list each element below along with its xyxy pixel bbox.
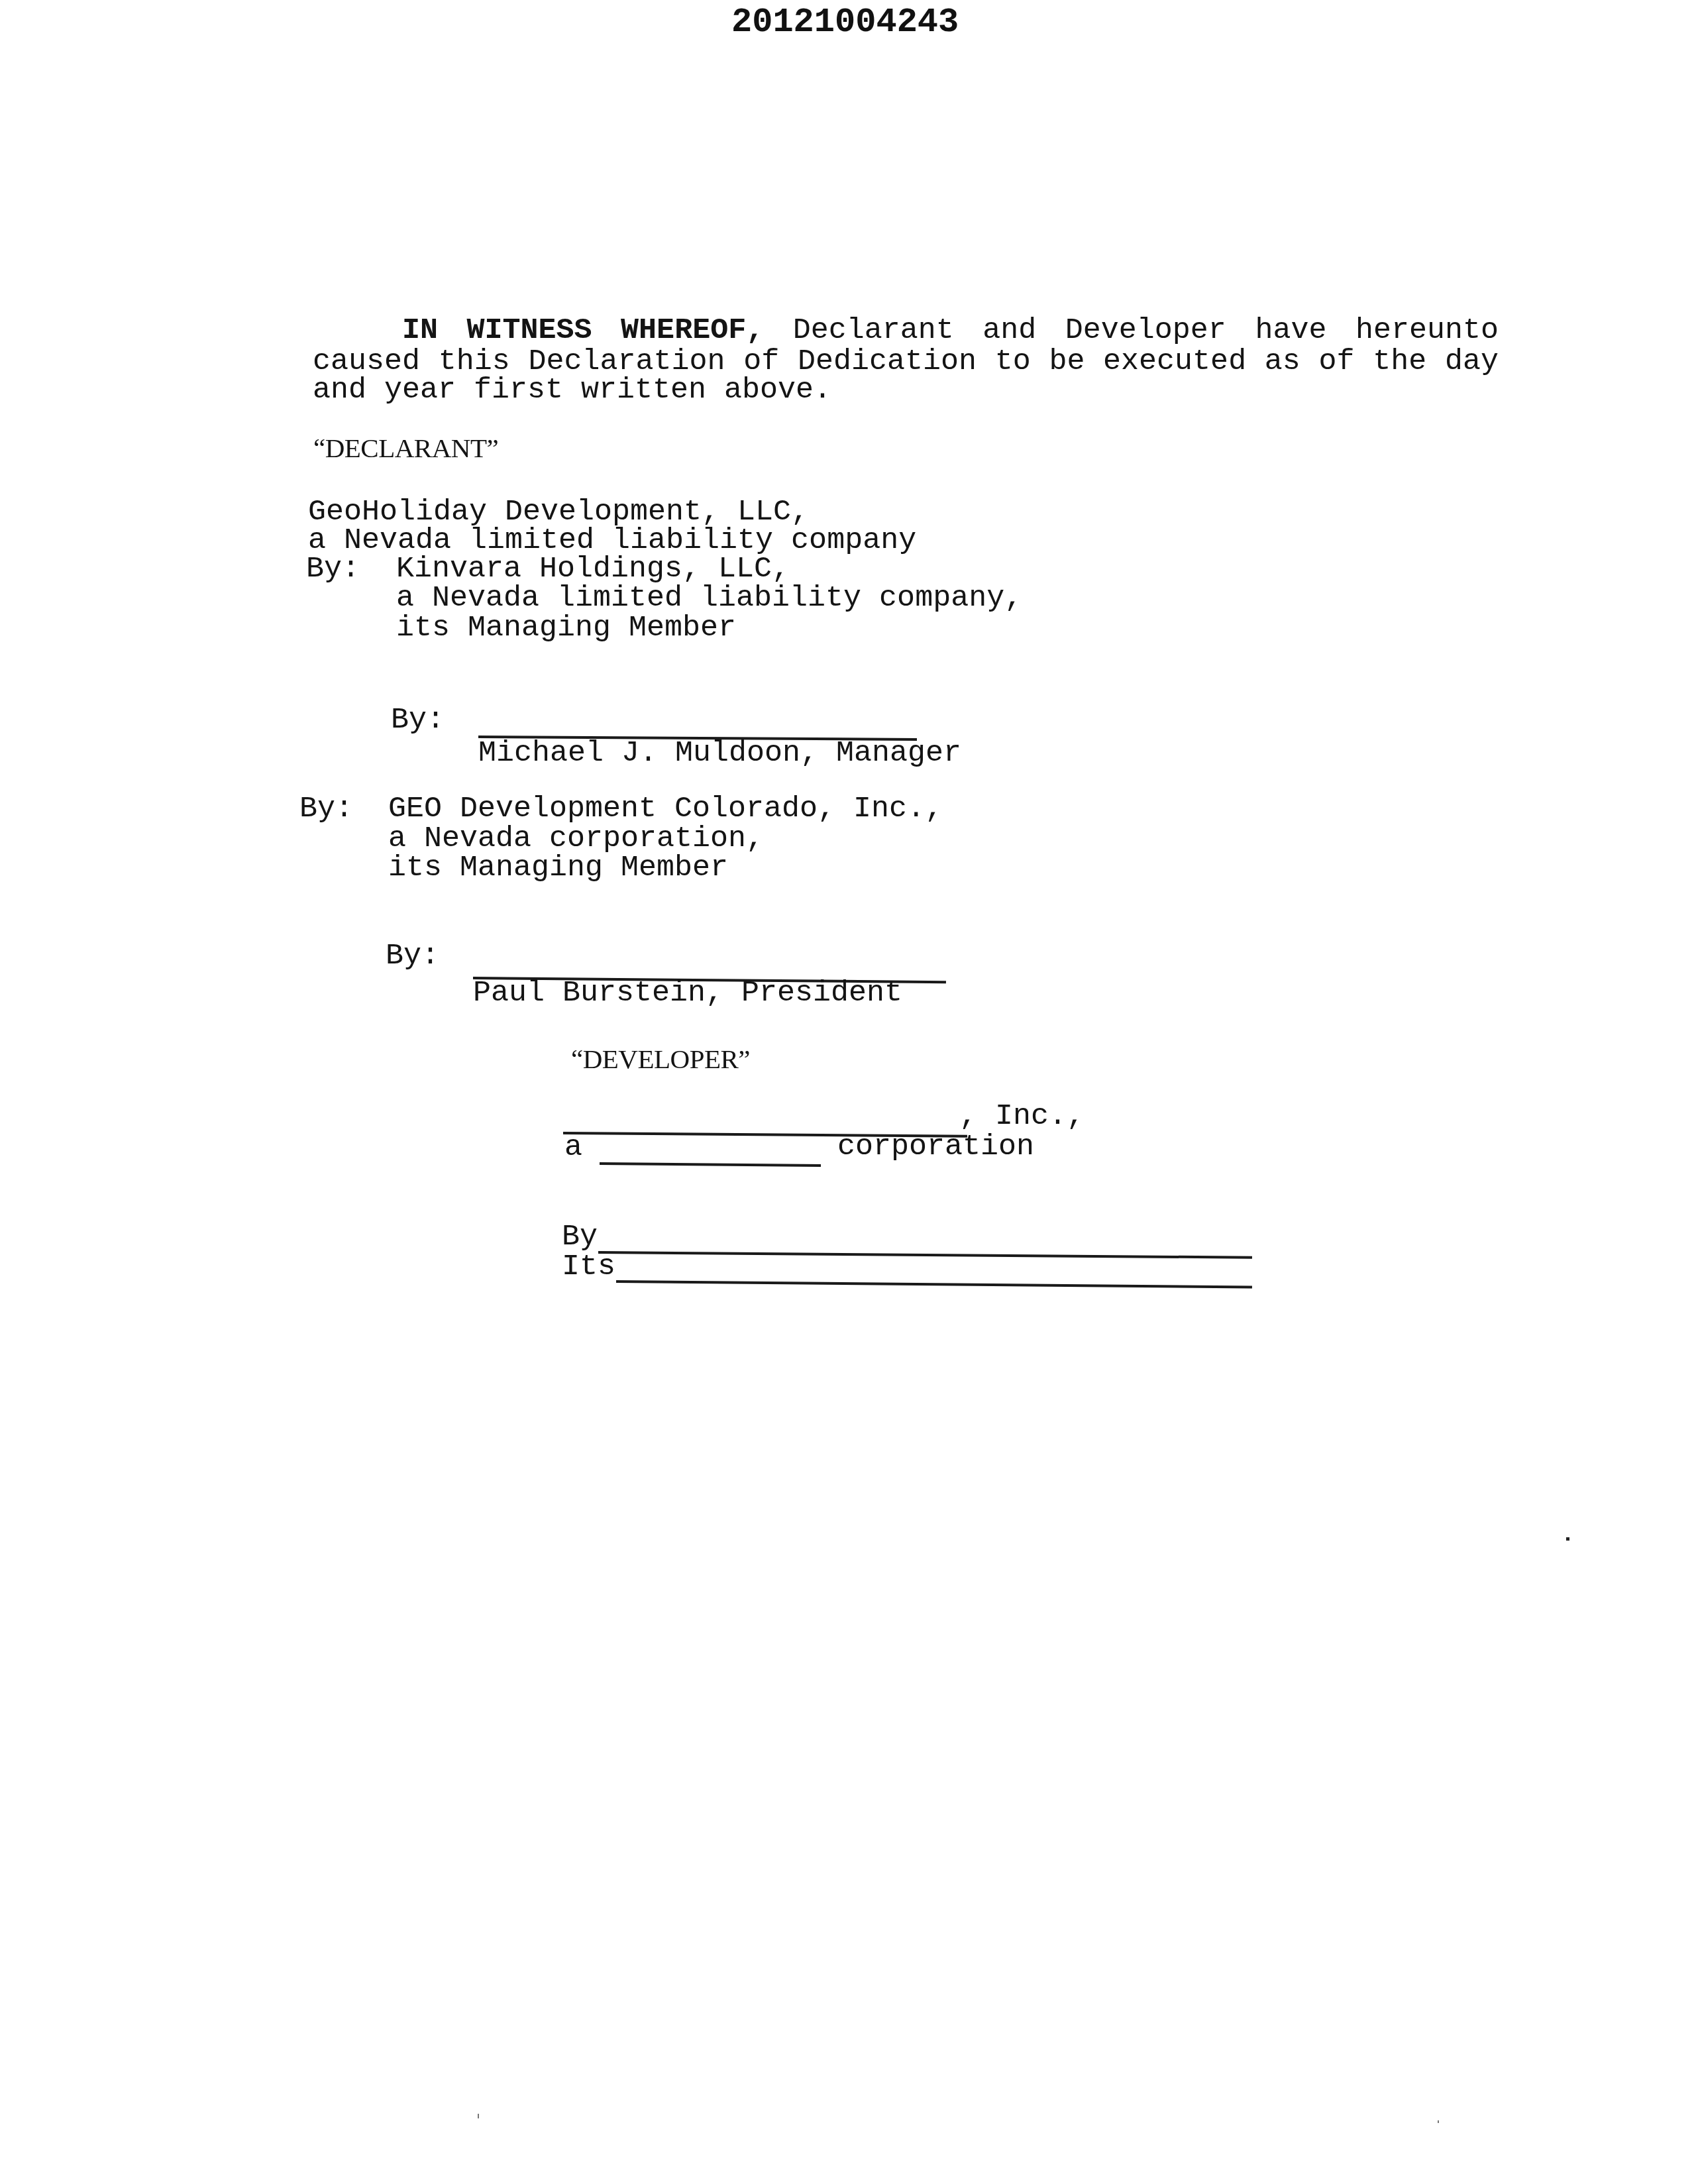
developer-type-prefix: a bbox=[564, 1132, 582, 1162]
developer-label: “DEVELOPER” bbox=[571, 1046, 750, 1073]
developer-state-blank[interactable] bbox=[600, 1162, 821, 1167]
scan-speck bbox=[1566, 1537, 1569, 1541]
developer-its-title-line[interactable] bbox=[616, 1280, 1252, 1288]
scan-speck bbox=[1438, 2120, 1439, 2123]
member1-signer: Michael J. Muldoon, Manager bbox=[478, 738, 961, 768]
member1-type: a Nevada limited liability company, bbox=[396, 583, 1022, 613]
developer-by-label: By bbox=[562, 1222, 598, 1252]
developer-its-label: Its bbox=[562, 1252, 615, 1282]
member1-signature-by-label: By: bbox=[391, 705, 445, 735]
member1-name: Kinvara Holdings, LLC, bbox=[396, 554, 790, 584]
declarant-entity-type: a Nevada limited liability company bbox=[308, 525, 916, 555]
member2-signer: Paul Burstein, President bbox=[473, 978, 902, 1008]
witness-line-2: caused this Declaration of Dedication to… bbox=[313, 347, 1499, 376]
document-page: 20121004243 IN WITNESS WHEREOF, Declaran… bbox=[0, 0, 1696, 2184]
member2-signature-by-label: By: bbox=[386, 941, 439, 971]
declarant-entity-name: GeoHoliday Development, LLC, bbox=[308, 497, 809, 527]
witness-paragraph: IN WITNESS WHEREOF, Declarant and Develo… bbox=[313, 315, 1499, 405]
member1-role: its Managing Member bbox=[396, 613, 736, 643]
member2-by-label: By: bbox=[299, 794, 353, 824]
member2-role: its Managing Member bbox=[388, 853, 728, 883]
developer-name-suffix: , Inc., bbox=[959, 1101, 1085, 1131]
witness-line-1-text: Declarant and Developer have hereunto bbox=[764, 313, 1499, 347]
developer-by-signature-line[interactable] bbox=[598, 1251, 1252, 1259]
witness-line-3: and year first written above. bbox=[313, 375, 1499, 405]
developer-type-suffix: corporation bbox=[837, 1132, 1034, 1162]
scan-speck bbox=[478, 2114, 479, 2118]
member2-name: GEO Development Colorado, Inc., bbox=[388, 794, 943, 824]
member2-type: a Nevada corporation, bbox=[388, 824, 764, 853]
witness-lead: IN WITNESS WHEREOF, bbox=[402, 313, 764, 347]
member1-by-label: By: bbox=[306, 554, 360, 584]
recording-number: 20121004243 bbox=[731, 5, 959, 40]
declarant-label: “DECLARANT” bbox=[313, 435, 498, 462]
witness-line-1: IN WITNESS WHEREOF, Declarant and Develo… bbox=[313, 315, 1499, 345]
